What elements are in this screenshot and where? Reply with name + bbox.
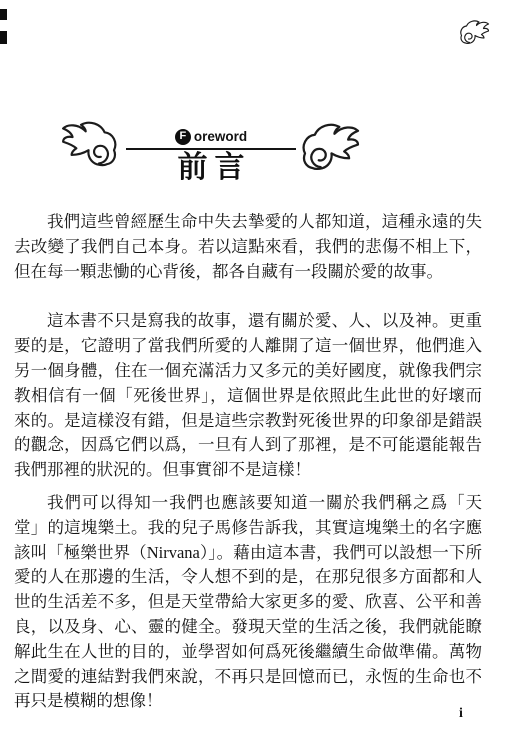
foreword-label: F oreword [126,128,296,145]
angel-wing-icon [459,20,490,46]
angel-wing-icon [61,121,118,170]
page-title: 前言 [126,151,303,184]
paragraph: 我們可以得知一我們也應該要知道一關於我們稱之爲「天堂」的這塊樂土。我的兒子馬修告… [14,491,482,714]
header-divider [126,148,296,150]
paragraph: 我們這些曾經歷生命中失去摯愛的人都知道，這種永遠的失去改變了我們自己本身。若以這… [14,210,482,284]
book-page: F oreword 前言 我們這些曾經歷生命中失去摯愛的人都知道，這種永遠的失去… [0,0,506,740]
circled-f-icon: F [175,129,191,145]
angel-wing-icon [301,123,360,174]
page-number: i [459,706,463,722]
scan-artifact-mark [0,31,7,44]
foreword-label-text: oreword [194,129,247,144]
chapter-header: F oreword 前言 [126,128,296,184]
paragraph: 這本書不只是寫我的故事，還有關於愛、人、以及神。更重要的是，它證明了當我們所愛的… [14,309,482,483]
scan-artifact-mark [0,9,7,20]
foreword-body: 我們這些曾經歷生命中失去摯愛的人都知道，這種永遠的失去改變了我們自己本身。若以這… [14,210,482,714]
